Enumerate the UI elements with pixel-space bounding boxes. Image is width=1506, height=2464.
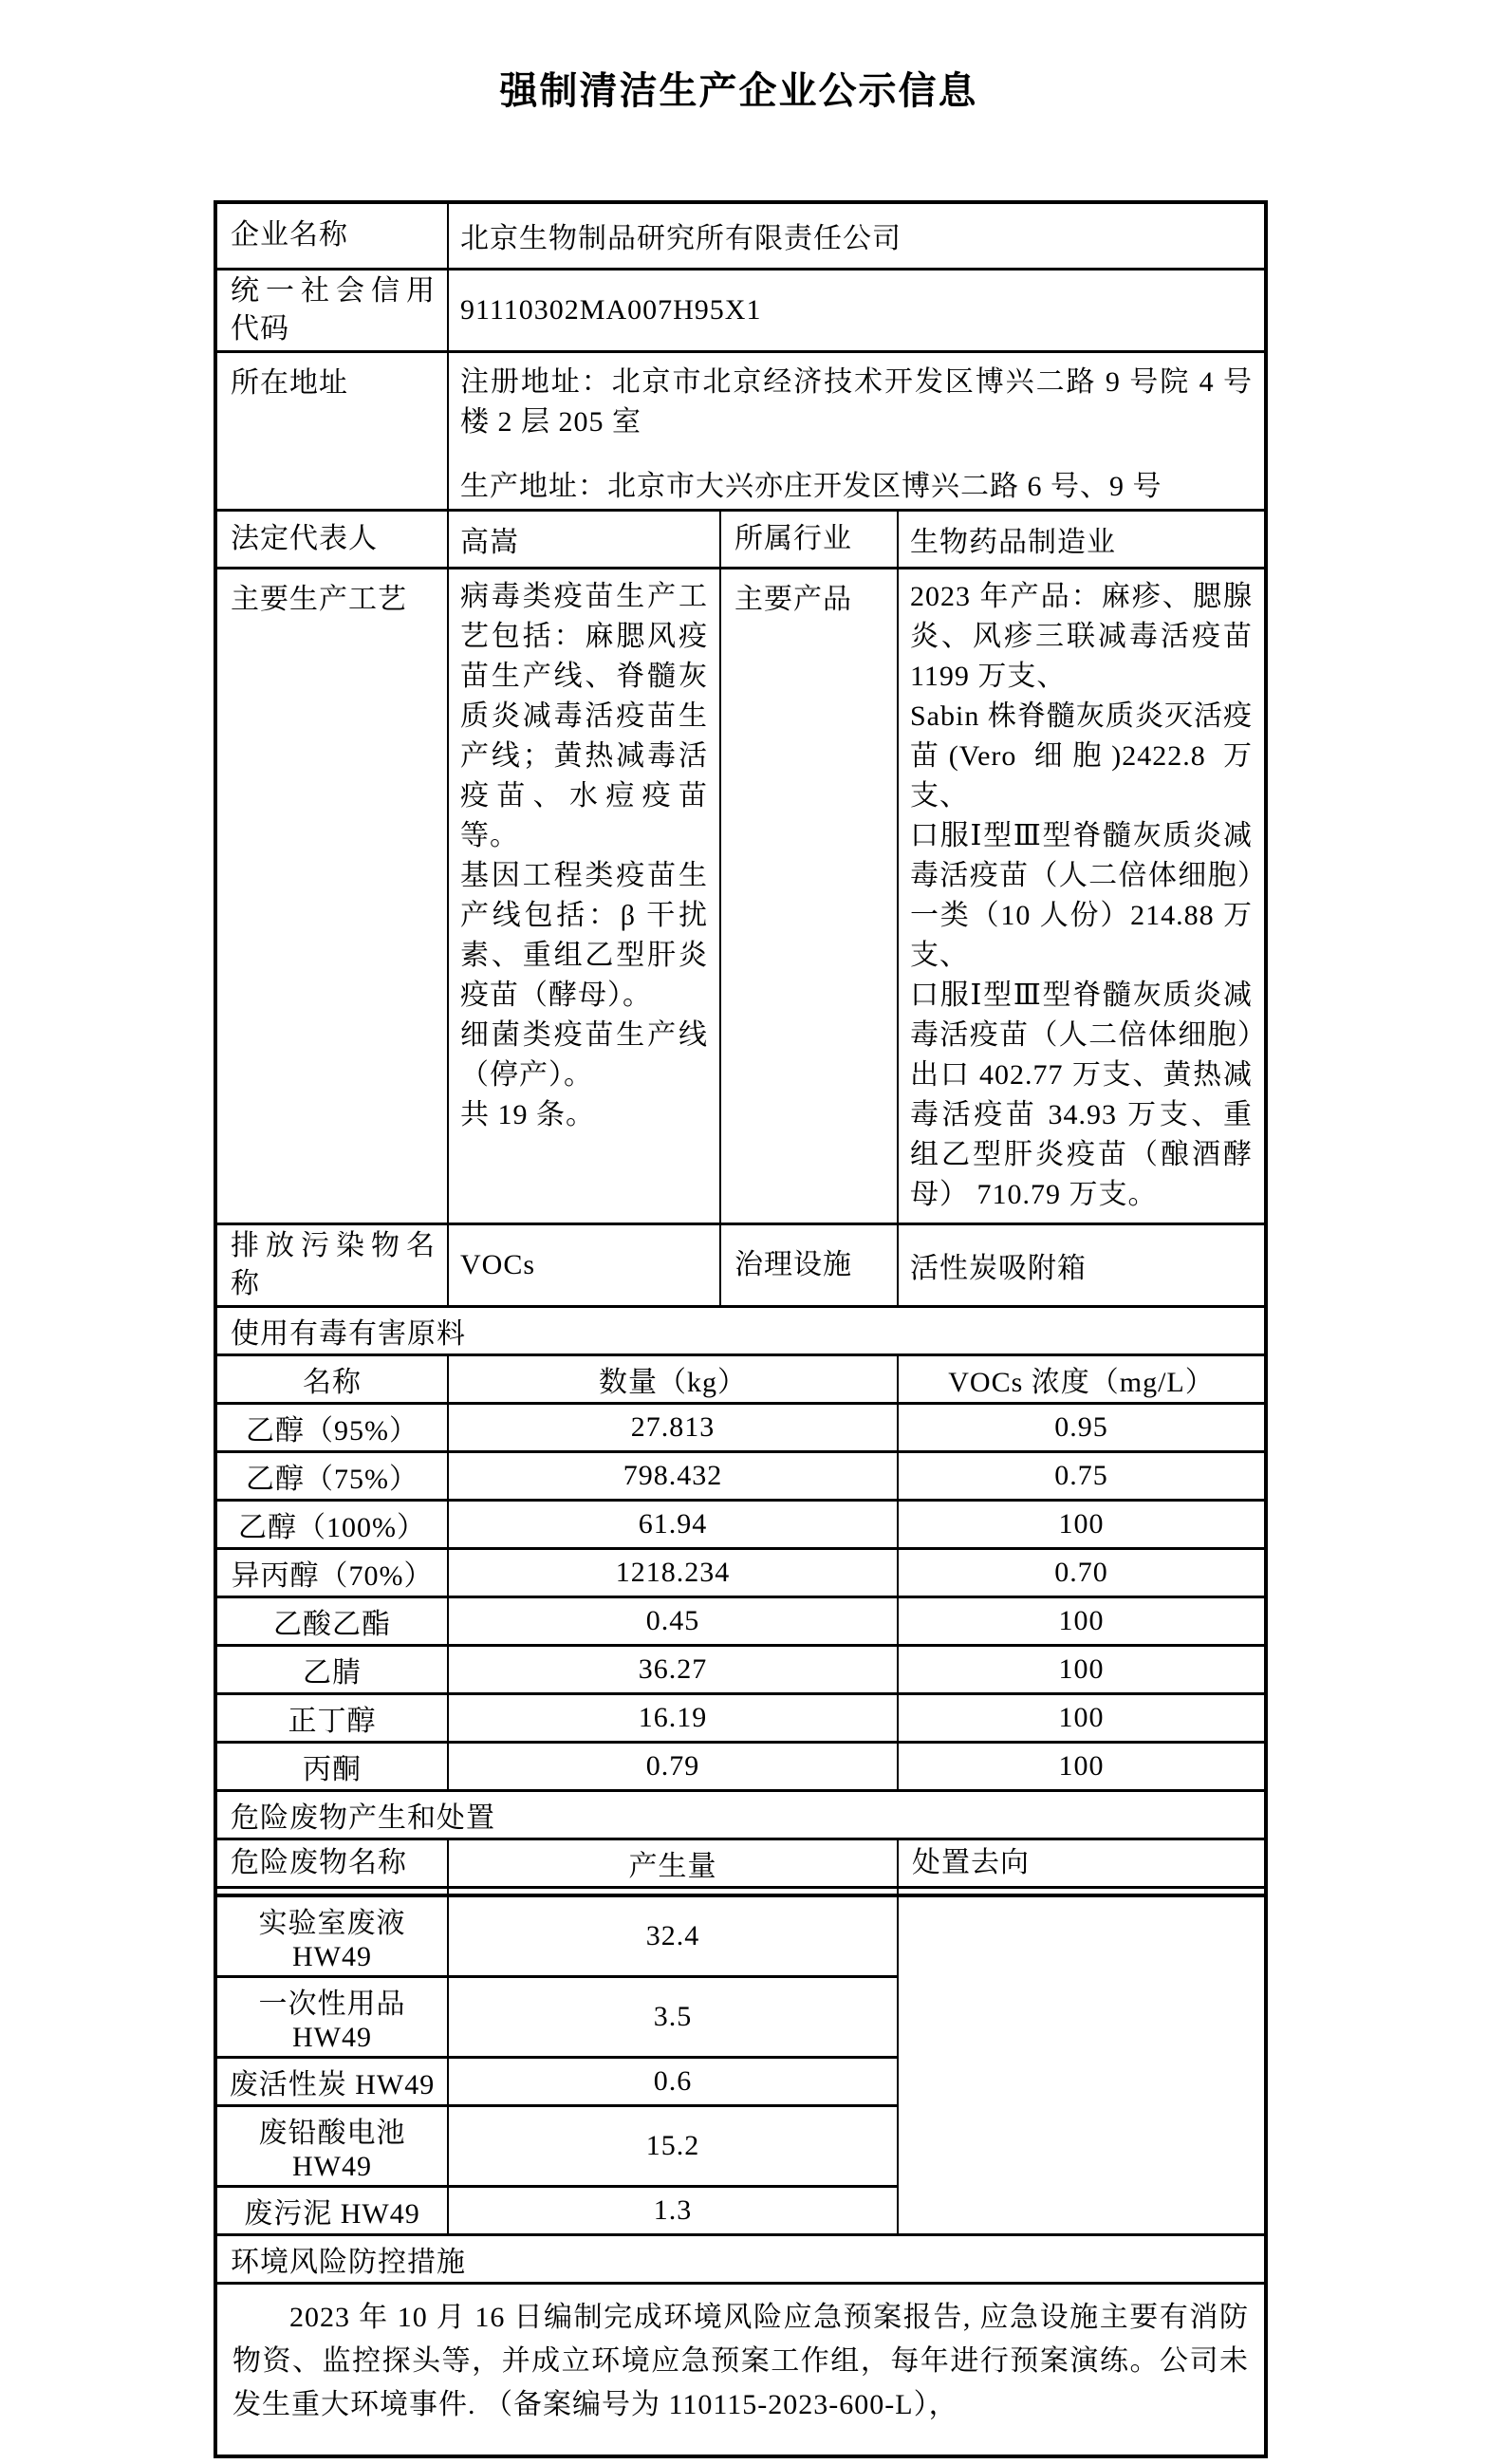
legal-rep-label: 法定代表人	[215, 510, 448, 568]
waste-name-cell: 废污泥 HW49	[215, 2187, 448, 2235]
material-row: 乙酸乙酯 0.45 100	[215, 1596, 1266, 1645]
waste-name-cell: 实验室废液 HW49	[215, 1895, 448, 1977]
registered-address: 注册地址：北京市北京经济技术开发区博兴二路 9 号院 4 号楼 2 层 205 …	[460, 363, 1253, 442]
material-quantity-cell: 27.813	[448, 1403, 898, 1451]
waste-amount-cell: 1.3	[448, 2187, 898, 2235]
material-voc-cell: 0.70	[898, 1548, 1266, 1596]
hazardous-waste-section-row: 危险废物产生和处置	[215, 1790, 1266, 1839]
risk-section-title: 环境风险防控措施	[215, 2235, 1266, 2284]
credit-code-value: 91110302MA007H95X1	[448, 269, 1266, 351]
material-quantity-cell: 61.94	[448, 1500, 898, 1548]
material-voc-cell: 100	[898, 1596, 1266, 1645]
material-voc-cell: 100	[898, 1693, 1266, 1742]
company-name-row: 企业名称 北京生物制品研究所有限责任公司	[215, 202, 1266, 269]
waste-header-name: 危险废物名称	[215, 1839, 448, 1887]
address-label: 所在地址	[215, 351, 448, 510]
waste-amount-cell: 0.6	[448, 2058, 898, 2106]
material-row: 丙酮 0.79 100	[215, 1742, 1266, 1790]
paragraph: 口服Ⅰ型Ⅲ型脊髓灰质炎减毒活疫苗（人二倍体细胞）一类（10 人份）214.88 …	[910, 816, 1253, 976]
material-name-cell: 异丙醇（70%）	[215, 1548, 448, 1596]
materials-header-name: 名称	[215, 1354, 448, 1403]
paragraph: 病毒类疫苗生产工艺包括：麻腮风疫苗生产线、脊髓灰质炎减毒活疫苗生产线；黄热减毒活…	[460, 577, 708, 856]
materials-section-row: 使用有毒有害原料	[215, 1306, 1266, 1354]
material-name-cell: 乙醇（75%）	[215, 1451, 448, 1500]
material-name-cell: 乙醇（100%）	[215, 1500, 448, 1548]
address-value: 注册地址：北京市北京经济技术开发区博兴二路 9 号院 4 号楼 2 层 205 …	[448, 351, 1266, 510]
material-name-cell: 乙醇（95%）	[215, 1403, 448, 1451]
waste-name-cell: 一次性用品 HW49	[215, 1977, 448, 2058]
pollutant-row: 排放污染物名称 VOCs 治理设施 活性炭吸附箱	[215, 1223, 1266, 1306]
materials-header-quantity: 数量（kg）	[448, 1354, 898, 1403]
material-row: 正丁醇 16.19 100	[215, 1693, 1266, 1742]
hazardous-waste-header-row: 危险废物名称 产生量 处置去向	[215, 1839, 1266, 1887]
waste-name-cell: 废铅酸电池 HW49	[215, 2106, 448, 2187]
materials-header-voc: VOCs 浓度（mg/L）	[898, 1354, 1266, 1403]
material-row: 异丙醇（70%） 1218.234 0.70	[215, 1548, 1266, 1596]
waste-amount-cell: 15.2	[448, 2106, 898, 2187]
material-voc-cell: 100	[898, 1500, 1266, 1548]
material-quantity-cell: 798.432	[448, 1451, 898, 1500]
material-voc-cell: 100	[898, 1742, 1266, 1790]
waste-destination-empty-cell	[898, 1895, 1266, 2235]
waste-header-destination: 处置去向	[898, 1839, 1266, 1887]
materials-section-title: 使用有毒有害原料	[215, 1306, 1266, 1354]
material-row: 乙腈 36.27 100	[215, 1645, 1266, 1693]
address-row: 所在地址 注册地址：北京市北京经济技术开发区博兴二路 9 号院 4 号楼 2 层…	[215, 351, 1266, 510]
material-voc-cell: 0.75	[898, 1451, 1266, 1500]
waste-amount-cell: 32.4	[448, 1895, 898, 1977]
waste-row: 实验室废液 HW49 32.4	[215, 1895, 1266, 1977]
paragraph: 2023 年产品：麻疹、腮腺炎、风疹三联减毒活疫苗 1199 万支、	[910, 577, 1253, 697]
material-name-cell: 丙酮	[215, 1742, 448, 1790]
company-name-value: 北京生物制品研究所有限责任公司	[448, 202, 1266, 269]
material-quantity-cell: 0.45	[448, 1596, 898, 1645]
products-value: 2023 年产品：麻疹、腮腺炎、风疹三联减毒活疫苗 1199 万支、Sabin …	[898, 568, 1266, 1223]
hazardous-waste-section-title: 危险废物产生和处置	[215, 1790, 1266, 1839]
material-quantity-cell: 0.79	[448, 1742, 898, 1790]
industry-label: 所属行业	[720, 510, 898, 568]
document-page: 强制清洁生产企业公示信息 企业名称 北京生物制品研究所有限责任公司 统一社会信用…	[0, 0, 1506, 2464]
material-voc-cell: 100	[898, 1645, 1266, 1693]
paragraph: Sabin 株脊髓灰质炎灭活疫苗(Vero 细胞)2422.8 万支、	[910, 697, 1253, 816]
page-title: 强制清洁生产企业公示信息	[214, 68, 1264, 114]
treatment-label: 治理设施	[720, 1223, 898, 1306]
material-name-cell: 乙酸乙酯	[215, 1596, 448, 1645]
process-products-row: 主要生产工艺 病毒类疫苗生产工艺包括：麻腮风疫苗生产线、脊髓灰质炎减毒活疫苗生产…	[215, 568, 1266, 1223]
material-row: 乙醇（100%） 61.94 100	[215, 1500, 1266, 1548]
industry-value: 生物药品制造业	[898, 510, 1266, 568]
production-address: 生产地址：北京市大兴亦庄开发区博兴二路 6 号、9 号	[460, 467, 1253, 507]
materials-header-row: 名称 数量（kg） VOCs 浓度（mg/L）	[215, 1354, 1266, 1403]
risk-section-row: 环境风险防控措施	[215, 2235, 1266, 2284]
material-row: 乙醇（95%） 27.813 0.95	[215, 1403, 1266, 1451]
legal-rep-row: 法定代表人 高嵩 所属行业 生物药品制造业	[215, 510, 1266, 568]
process-label: 主要生产工艺	[215, 568, 448, 1223]
material-quantity-cell: 1218.234	[448, 1548, 898, 1596]
paragraph: 基因工程类疫苗生产线包括：β 干扰素、重组乙型肝炎疫苗（酵母）。	[460, 856, 708, 1016]
legal-rep-value: 高嵩	[448, 510, 720, 568]
material-quantity-cell: 16.19	[448, 1693, 898, 1742]
material-quantity-cell: 36.27	[448, 1645, 898, 1693]
paragraph: 细菌类疫苗生产线（停产）。	[460, 1016, 708, 1095]
risk-paragraph-row: 2023 年 10 月 16 日编制完成环境风险应急预案报告, 应急设施主要有消…	[215, 2284, 1266, 2456]
material-row: 乙醇（75%） 798.432 0.75	[215, 1451, 1266, 1500]
pollutant-label: 排放污染物名称	[215, 1223, 448, 1306]
credit-code-label: 统一社会信用代码	[215, 269, 448, 351]
material-name-cell: 正丁醇	[215, 1693, 448, 1742]
treatment-value: 活性炭吸附箱	[898, 1223, 1266, 1306]
products-label: 主要产品	[720, 568, 898, 1223]
paragraph: 口服Ⅰ型Ⅲ型脊髓灰质炎减毒活疫苗（人二倍体细胞）出口 402.77 万支、黄热减…	[910, 976, 1253, 1215]
waste-name-cell: 废活性炭 HW49	[215, 2058, 448, 2106]
paragraph: 共 19 条。	[460, 1095, 708, 1135]
hazardous-waste-continued-table: 实验室废液 HW49 32.4 一次性用品 HW49 3.5 废活性炭 HW49…	[214, 1894, 1268, 2458]
pollutant-value: VOCs	[448, 1223, 720, 1306]
company-name-label: 企业名称	[215, 202, 448, 269]
material-voc-cell: 0.95	[898, 1403, 1266, 1451]
material-name-cell: 乙腈	[215, 1645, 448, 1693]
credit-code-row: 统一社会信用代码 91110302MA007H95X1	[215, 269, 1266, 351]
risk-paragraph: 2023 年 10 月 16 日编制完成环境风险应急预案报告, 应急设施主要有消…	[232, 2296, 1249, 2427]
process-value: 病毒类疫苗生产工艺包括：麻腮风疫苗生产线、脊髓灰质炎减毒活疫苗生产线；黄热减毒活…	[448, 568, 720, 1223]
risk-paragraph-cell: 2023 年 10 月 16 日编制完成环境风险应急预案报告, 应急设施主要有消…	[215, 2284, 1266, 2456]
waste-amount-cell: 3.5	[448, 1977, 898, 2058]
waste-header-amount: 产生量	[448, 1839, 898, 1887]
